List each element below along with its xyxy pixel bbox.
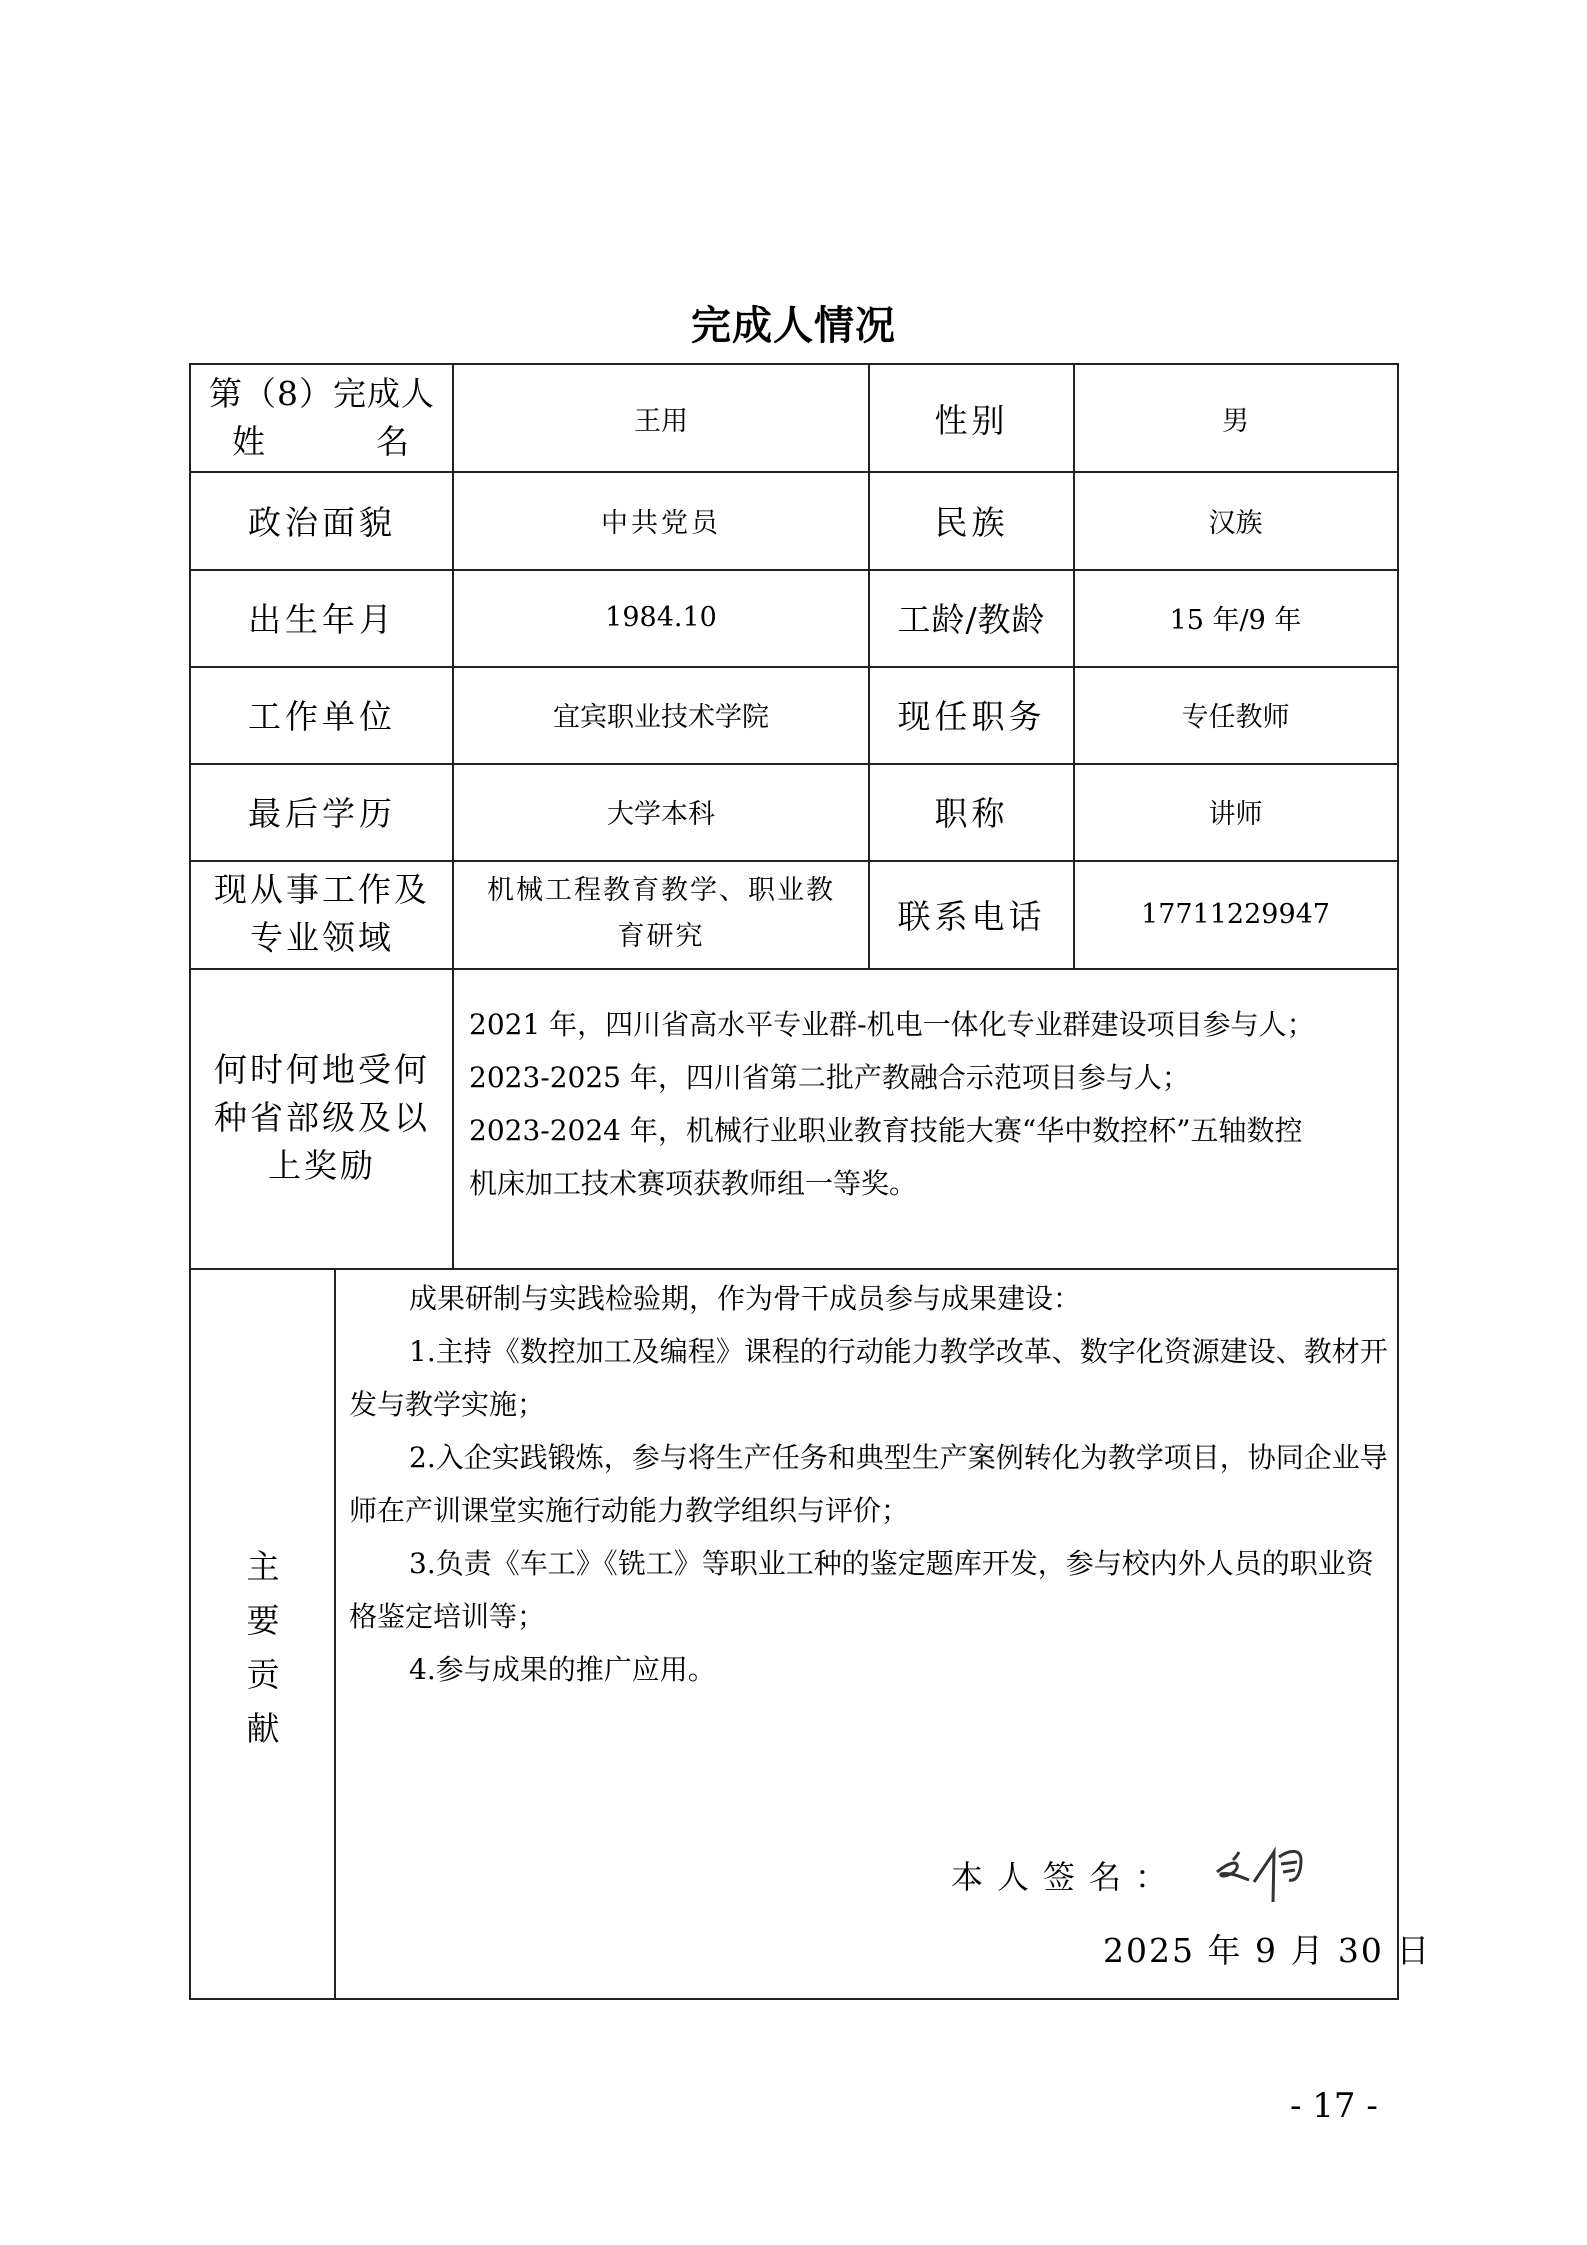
value-education: 大学本科 xyxy=(453,763,869,860)
award-line: 2023-2025 年，四川省第二批产教融合示范项目参与人； xyxy=(469,1051,1389,1104)
label-completer-name: 第（8）完成人 姓 名 xyxy=(191,365,453,471)
value-gender: 男 xyxy=(1074,365,1397,471)
value-field: 机械工程教育教学、职业教 育研究 xyxy=(453,860,869,968)
label-char: 献 xyxy=(243,1702,283,1756)
label-position: 现任职务 xyxy=(869,666,1074,763)
value-ethnicity: 汉族 xyxy=(1074,471,1397,569)
value-phone: 17711229947 xyxy=(1074,860,1397,968)
signature-label: 本人签名： xyxy=(951,1852,1181,1898)
page-number: - 17 - xyxy=(1290,2086,1378,2126)
value-political-status: 中共党员 xyxy=(453,471,869,569)
value-position: 专任教师 xyxy=(1074,666,1397,763)
completer-info-table: 第（8）完成人 姓 名 王用 性别 男 政治面貌 中共党员 民族 汉族 出生年月… xyxy=(189,363,1399,2000)
label-char: 贡 xyxy=(243,1648,283,1702)
award-line: 2021 年，四川省高水平专业群-机电一体化专业群建设项目参与人； xyxy=(469,998,1389,1051)
value-birth-date: 1984.10 xyxy=(453,569,869,666)
value-work-years: 15 年/9 年 xyxy=(1074,569,1397,666)
label-awards: 何时何地受何 种省部级及以 上奖励 xyxy=(191,968,453,1268)
label-education: 最后学历 xyxy=(191,763,453,860)
label-line: 现从事工作及 xyxy=(214,866,430,914)
contributions-text: 成果研制与实践检验期，作为骨干成员参与成果建设： 1.主持《数控加工及编程》课程… xyxy=(349,1272,1389,1696)
value-title: 讲师 xyxy=(1074,763,1397,860)
label-line: 姓 名 xyxy=(232,418,412,466)
label-contributions: 主 要 贡 献 xyxy=(243,1540,283,1756)
label-ethnicity: 民族 xyxy=(869,471,1074,569)
label-work-years: 工龄/教龄 xyxy=(869,569,1074,666)
label-birth-date: 出生年月 xyxy=(191,569,453,666)
value-line: 机械工程教育教学、职业教 xyxy=(487,868,835,914)
value-name: 王用 xyxy=(453,365,869,471)
row-divider xyxy=(191,1268,1397,1270)
label-phone: 联系电话 xyxy=(869,860,1074,968)
signature-date: 2025 年 9 月 30 日 xyxy=(1103,1925,1431,1972)
label-political-status: 政治面貌 xyxy=(191,471,453,569)
award-line: 机床加工技术赛项获教师组一等奖。 xyxy=(469,1157,1389,1210)
page-title: 完成人情况 xyxy=(0,294,1587,351)
label-line: 何时何地受何 xyxy=(214,1046,430,1094)
label-gender: 性别 xyxy=(869,365,1074,471)
contrib-intro: 成果研制与实践检验期，作为骨干成员参与成果建设： xyxy=(349,1272,1389,1325)
label-line: 专业领域 xyxy=(250,914,394,962)
contrib-item: 2.入企实践锻炼，参与将生产任务和典型生产案例转化为教学项目，协同企业导师在产训… xyxy=(349,1431,1389,1537)
contrib-item: 1.主持《数控加工及编程》课程的行动能力教学改革、数字化资源建设、教材开发与教学… xyxy=(349,1325,1389,1431)
label-line: 上奖励 xyxy=(268,1142,376,1190)
handwritten-signature-icon xyxy=(1209,1842,1329,1912)
label-char: 主 xyxy=(243,1540,283,1594)
label-line: 第（8）完成人 xyxy=(209,370,435,418)
label-char: 要 xyxy=(243,1594,283,1648)
value-workplace: 宜宾职业技术学院 xyxy=(453,666,869,763)
label-field: 现从事工作及 专业领域 xyxy=(191,860,453,968)
award-line: 2023-2024 年，机械行业职业教育技能大赛“华中数控杯”五轴数控 xyxy=(469,1104,1389,1157)
label-line: 种省部级及以 xyxy=(214,1094,430,1142)
awards-text: 2021 年，四川省高水平专业群-机电一体化专业群建设项目参与人； 2023-2… xyxy=(469,998,1389,1210)
contrib-item: 3.负责《车工》《铣工》等职业工种的鉴定题库开发，参与校内外人员的职业资格鉴定培… xyxy=(349,1537,1389,1643)
label-title: 职称 xyxy=(869,763,1074,860)
contrib-item: 4.参与成果的推广应用。 xyxy=(349,1643,1389,1696)
col-divider xyxy=(334,1268,336,2000)
value-line: 育研究 xyxy=(618,914,705,960)
label-workplace: 工作单位 xyxy=(191,666,453,763)
